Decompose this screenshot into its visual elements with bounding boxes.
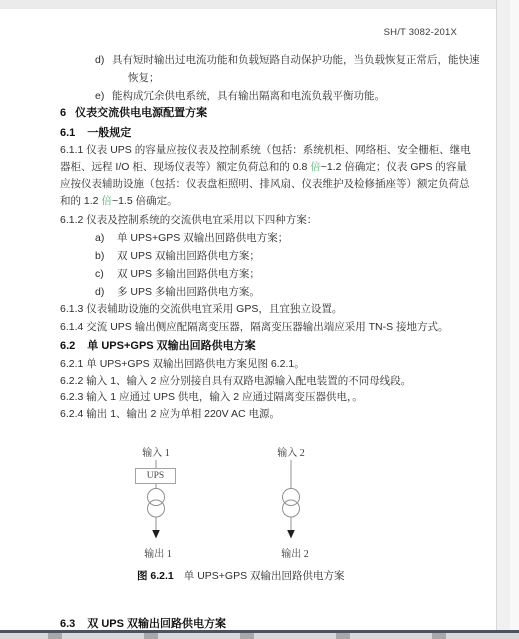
figure-caption-number: 图 6.2.1: [137, 570, 174, 582]
heading-6: 6仪表交流供电电源配置方案: [60, 106, 207, 120]
top-band: [0, 0, 519, 9]
list-item-d-continuation: 恢复；: [128, 71, 160, 85]
highlighted-char: 倍: [310, 161, 321, 173]
heading-6-3: 6.3双 UPS 双输出回路供电方案: [60, 617, 226, 631]
figure-diagram: [0, 444, 497, 568]
text-segment: 器柜、远程 I/O 柜、现场仪表等）额定负荷总和的 0.8: [60, 161, 310, 173]
list-marker: b): [95, 249, 117, 263]
bottom-cutoff-strip: [0, 633, 519, 639]
arrow-down-icon: [152, 530, 160, 539]
heading-number: 6.3: [60, 618, 75, 630]
list-item-text: 多 UPS 多输出回路供电方案。: [117, 286, 260, 298]
heading-number: 6: [60, 107, 66, 119]
paragraph-611-line2: 器柜、远程 I/O 柜、现场仪表等）额定负荷总和的 0.8 倍~1.2 倍确定；…: [60, 160, 467, 174]
figure-caption: 图 6.2.1单 UPS+GPS 双输出回路供电方案: [137, 568, 345, 583]
heading-text: 双 UPS 双输出回路供电方案: [87, 618, 226, 630]
page-right-gutter: [496, 0, 519, 639]
figure-label-output1: 输出 1: [144, 545, 172, 560]
list-item-text: 双 UPS 双输出回路供电方案；: [117, 250, 260, 262]
list-item-text: 双 UPS 多输出回路供电方案；: [117, 268, 260, 280]
transformer-icon: [283, 500, 300, 517]
paragraph-614: 6.1.4 交流 UPS 输出侧应配隔离变压器，隔离变压器输出端应采用 TN-S…: [60, 320, 449, 334]
paragraph-611-line4: 和的 1.2 倍~1.5 倍确定。: [60, 194, 178, 208]
heading-text: 一般规定: [87, 127, 131, 139]
text-segment: 和的 1.2: [60, 195, 101, 207]
text-segment: ~1.5 倍确定。: [112, 195, 178, 207]
page-right-gutter-inner: [510, 0, 519, 639]
highlighted-char: 倍: [101, 195, 112, 207]
text-segment: ~1.2 倍确定；仪表 GPS 的容量: [321, 161, 467, 173]
paragraph-612: 6.1.2 仪表及控制系统的交流供电宜采用以下四种方案：: [60, 213, 317, 227]
list-item-d: d)具有短时输出过电流功能和负载短路自动保护功能，当负载恢复正常后，能快速: [95, 53, 480, 67]
list-marker: d): [95, 285, 117, 299]
heading-text: 单 UPS+GPS 双输出回路供电方案: [87, 340, 255, 352]
list-item-b: b)双 UPS 双输出回路供电方案；: [95, 249, 260, 263]
figure-6-2-1: 输入 1 输入 2 UPS 输出 1 输出 2: [0, 444, 497, 568]
paragraph-613: 6.1.3 仪表辅助设施的交流供电宜采用 GPS，且宜独立设置。: [60, 302, 342, 316]
list-item-text: 具有短时输出过电流功能和负载短路自动保护功能，当负载恢复正常后，能快速: [112, 54, 480, 66]
figure-caption-text: 单 UPS+GPS 双输出回路供电方案: [184, 570, 345, 582]
figure-label-output2: 输出 2: [281, 545, 309, 560]
paragraph-611-line3: 应按仪表辅助设施（包括：仪表盘柜照明、排风扇、仪表维护及检修插座等）额定负荷总: [60, 177, 470, 191]
heading-text: 仪表交流供电电源配置方案: [75, 107, 207, 119]
transformer-icon: [148, 500, 165, 517]
paragraph-621: 6.2.1 单 UPS+GPS 双输出回路供电方案见图 6.2.1。: [60, 357, 305, 371]
arrow-down-icon: [287, 530, 295, 539]
list-item-c: c)双 UPS 多输出回路供电方案；: [95, 267, 260, 281]
paragraph-623: 6.2.3 输入 1 应通过 UPS 供电，输入 2 应通过隔离变压器供电，。: [60, 390, 363, 404]
list-marker: c): [95, 267, 117, 281]
heading-number: 6.2: [60, 340, 75, 352]
paragraph-624: 6.2.4 输出 1、输出 2 应为单相 220V AC 电源。: [60, 407, 280, 421]
list-item-text: 能构成冗余供电系统，具有输出隔离和电流负载平衡功能。: [112, 90, 385, 102]
list-marker: e): [95, 89, 112, 103]
paragraph-611-line1: 6.1.1 仪表 UPS 的容量应按仪表及控制系统（包括：系统机柜、网络柜、安全…: [60, 143, 471, 157]
list-item-e: e)能构成冗余供电系统，具有输出隔离和电流负载平衡功能。: [95, 89, 385, 103]
list-item-a: a)单 UPS+GPS 双输出回路供电方案；: [95, 231, 288, 245]
heading-6-2: 6.2单 UPS+GPS 双输出回路供电方案: [60, 339, 256, 353]
ups-box: UPS: [135, 468, 176, 484]
paragraph-622: 6.2.2 输入 1、输入 2 应分别接自具有双路电源输入配电装置的不同母线段。: [60, 374, 411, 388]
input2-branch: [283, 460, 300, 539]
doc-number: SH/T 3082-201X: [384, 27, 457, 38]
heading-6-1: 6.1一般规定: [60, 126, 131, 140]
heading-number: 6.1: [60, 127, 75, 139]
list-item-text: 单 UPS+GPS 双输出回路供电方案；: [117, 232, 288, 244]
document-page: SH/T 3082-201X d)具有短时输出过电流功能和负载短路自动保护功能，…: [0, 0, 519, 639]
list-marker: d): [95, 53, 112, 67]
list-marker: a): [95, 231, 117, 245]
list-item-d2: d)多 UPS 多输出回路供电方案。: [95, 285, 260, 299]
